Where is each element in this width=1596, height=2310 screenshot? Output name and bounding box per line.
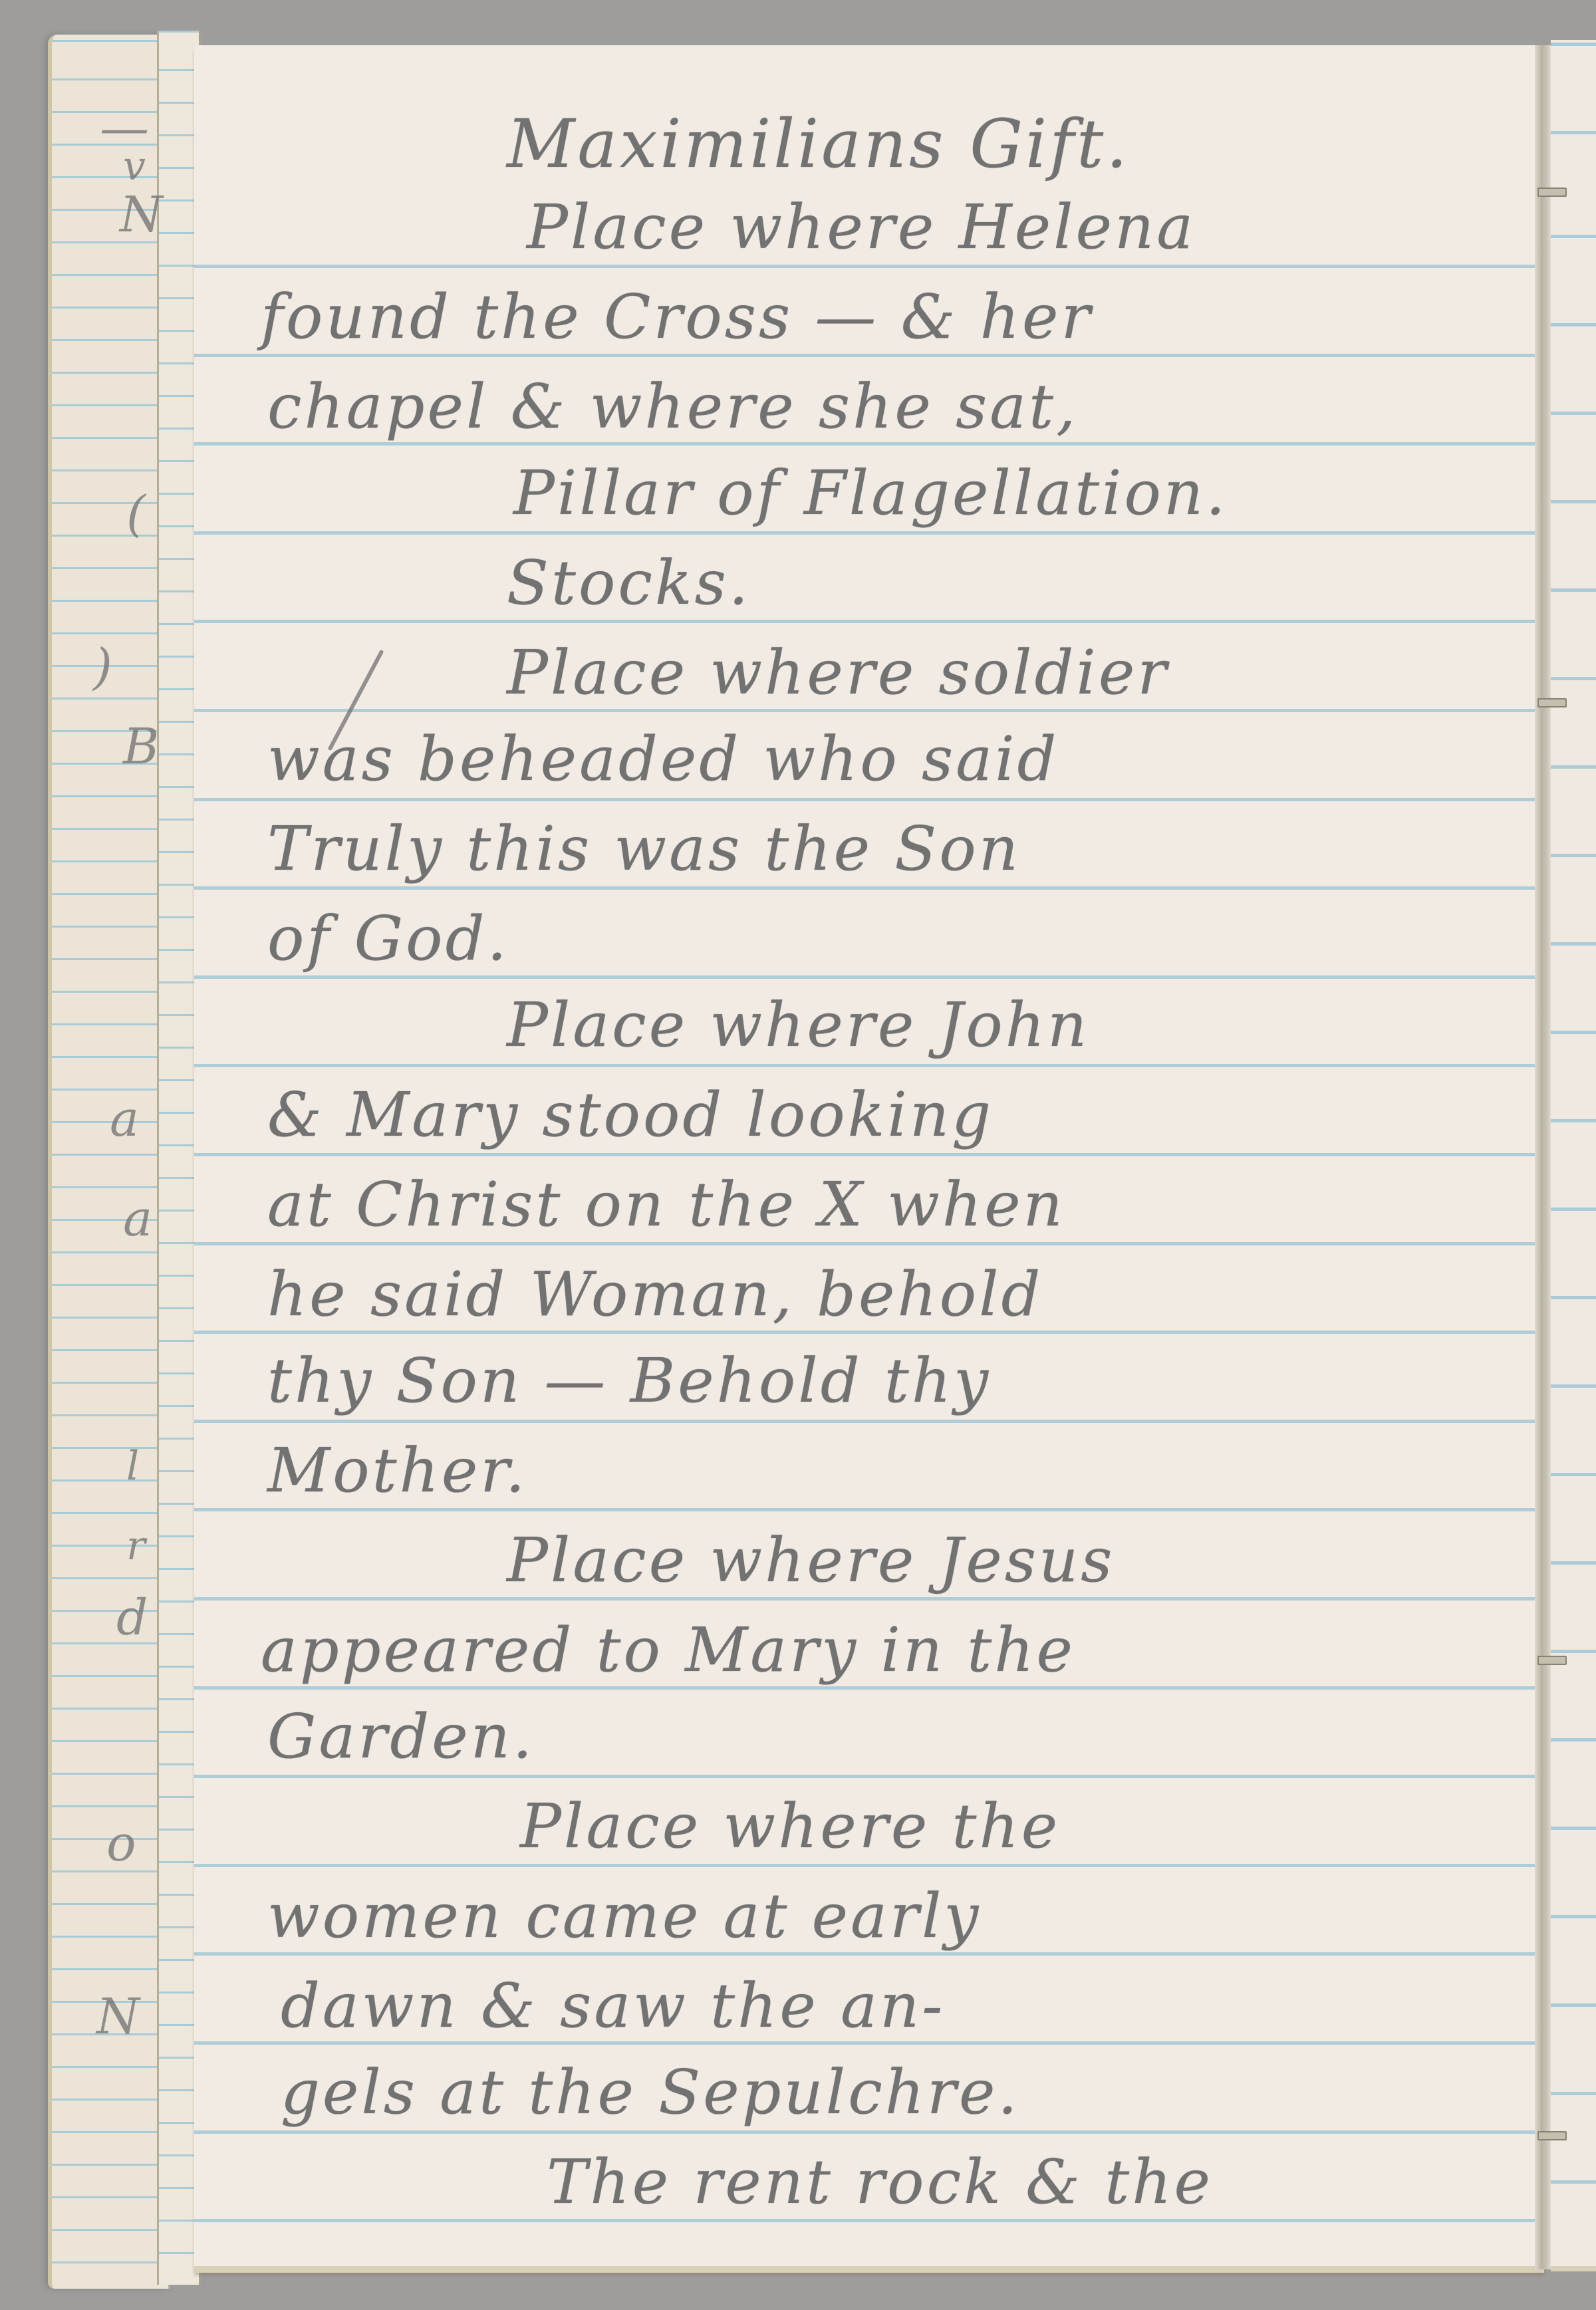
handwritten-line: chapel & where she sat,: [267, 371, 1078, 442]
rule-line: [194, 709, 1544, 712]
handwritten-line: appeared to Mary in the: [261, 1614, 1075, 1686]
margin-fragment: a: [123, 1190, 152, 1247]
rule-line: [194, 620, 1544, 623]
rule-line: [194, 1686, 1544, 1690]
rule-line: [194, 1775, 1544, 1778]
rule-line: [194, 886, 1544, 890]
rule-line: [194, 1864, 1544, 1867]
handwritten-line: Mother.: [267, 1435, 527, 1506]
rule-line: [194, 2041, 1544, 2045]
notebook-page: Maximilians Gift. Place where Helena fou…: [194, 45, 1544, 2273]
left-page-stub-outer: [48, 35, 170, 2289]
rule-line: [194, 1153, 1544, 1156]
margin-fragment: v: [123, 143, 146, 190]
margin-fragment: ): [93, 638, 112, 696]
margin-fragment: l: [126, 1443, 139, 1489]
rule-line: [194, 354, 1544, 357]
handwritten-line: he said Woman, behold: [267, 1259, 1043, 1330]
rule-line: [194, 1242, 1544, 1245]
margin-fragment: a: [110, 1091, 139, 1148]
handwritten-line: thy Son — Behold thy: [267, 1345, 991, 1416]
handwritten-line: Place where Jesus: [507, 1525, 1115, 1596]
margin-fragment: d: [116, 1589, 148, 1646]
handwritten-line: of God.: [267, 903, 509, 974]
handwritten-line: found the Cross — & her: [261, 281, 1093, 352]
binding-staple: [1537, 698, 1567, 707]
handwritten-line: Place where Helena: [527, 192, 1196, 263]
handwritten-line: dawn & saw the an-: [281, 1970, 945, 2041]
rule-line: [194, 1331, 1544, 1334]
handwritten-line: Truly this was the Son: [267, 813, 1021, 884]
binding-gutter: [1535, 45, 1552, 2269]
handwritten-title: Maximilians Gift.: [507, 105, 1130, 183]
handwritten-line: was beheaded who said: [267, 723, 1059, 795]
rule-line: [194, 1508, 1544, 1511]
binding-staple: [1537, 2131, 1567, 2140]
margin-fragment: r: [126, 1523, 146, 1569]
handwritten-line: & Mary stood looking: [267, 1079, 994, 1150]
rule-line: [194, 265, 1544, 268]
handwritten-line: gels at the Sepulchre.: [281, 2057, 1020, 2128]
handwritten-line: Stocks.: [507, 547, 751, 618]
rule-line: [194, 798, 1544, 801]
handwritten-line: The rent rock & the: [547, 2146, 1213, 2218]
rule-line: [194, 531, 1544, 535]
margin-fragment: (: [126, 485, 146, 543]
margin-fragment: o: [106, 1815, 136, 1872]
adjacent-page-edge: [1551, 40, 1596, 2271]
binding-staple: [1537, 1656, 1567, 1665]
margin-fragment: N: [96, 1988, 140, 2045]
rule-line: [194, 975, 1544, 979]
margin-fragment: N: [120, 186, 163, 243]
rule-line: [194, 1064, 1544, 1067]
rule-line: [194, 2219, 1544, 2222]
rule-line: [194, 1420, 1544, 1423]
binding-staple: [1537, 188, 1567, 197]
handwritten-line: at Christ on the X when: [267, 1169, 1065, 1240]
rule-line: [194, 442, 1544, 446]
handwritten-line: Garden.: [267, 1701, 535, 1772]
handwritten-line: Place where the: [520, 1791, 1060, 1862]
rule-line: [194, 1952, 1544, 1956]
handwritten-line: Pillar of Flagellation.: [513, 457, 1228, 529]
rule-line: [194, 1597, 1544, 1601]
rule-line: [194, 2130, 1544, 2134]
handwritten-line: women came at early: [267, 1880, 981, 1952]
margin-fragment: B: [123, 718, 159, 775]
handwritten-line: Place where John: [507, 989, 1089, 1061]
handwritten-line: Place where soldier: [507, 637, 1169, 708]
